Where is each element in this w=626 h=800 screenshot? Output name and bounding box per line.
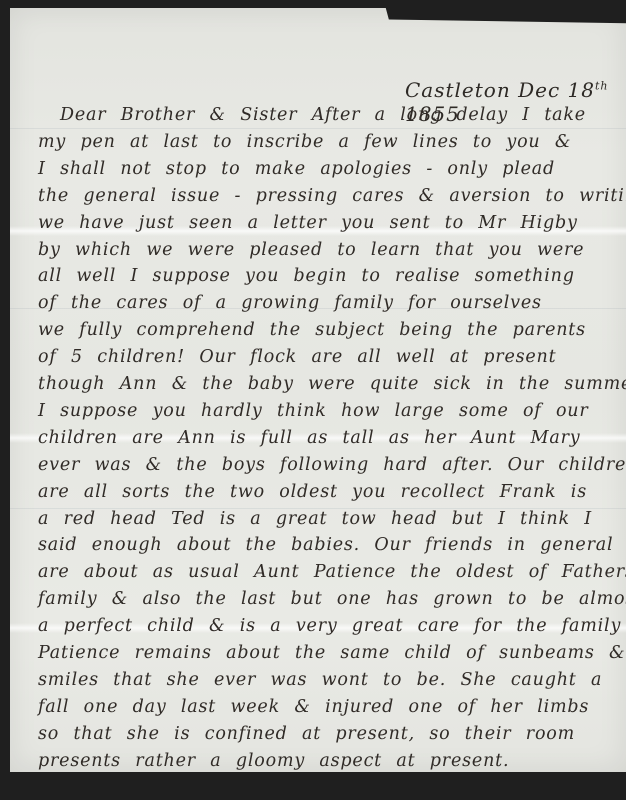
letter-line: my pen at last to inscribe a few lines t… — [38, 132, 618, 152]
day-suffix: th — [595, 79, 609, 92]
letter-line: though Ann & the baby were quite sick in… — [38, 374, 618, 394]
letter-line: Patience remains about the same child of… — [38, 643, 618, 663]
paper-rule — [10, 128, 626, 129]
letter-line: we fully comprehend the subject being th… — [38, 320, 618, 340]
letter-line: a perfect child & is a very great care f… — [38, 616, 618, 636]
letter-page: Castleton Dec 18th 1855 Dear Brother & S… — [10, 8, 626, 772]
letter-line: children are Ann is full as tall as her … — [38, 428, 618, 448]
letter-line: family & also the last but one has grown… — [38, 589, 618, 609]
letter-line: Dear Brother & Sister After a long delay… — [60, 105, 618, 125]
letter-line: a red head Ted is a great tow head but I… — [38, 509, 618, 529]
letter-line: are about as usual Aunt Patience the old… — [38, 562, 618, 582]
letter-line: ever was & the boys following hard after… — [38, 455, 618, 475]
month: Dec — [518, 78, 560, 102]
day: 18 — [568, 78, 595, 102]
letter-line: I shall not stop to make apologies - onl… — [38, 159, 618, 179]
letter-line: the general issue - pressing cares & ave… — [38, 186, 618, 206]
letter-line: so that she is confined at present, so t… — [38, 724, 618, 744]
letter-line: said enough about the babies. Our friend… — [38, 535, 618, 555]
letter-line: are all sorts the two oldest you recolle… — [38, 482, 618, 502]
letter-line: I suppose you hardly think how large som… — [38, 401, 618, 421]
letter-line: of the cares of a growing family for our… — [38, 293, 618, 313]
letter-line: smiles that she ever was wont to be. She… — [38, 670, 618, 690]
letter-line: by which we were pleased to learn that y… — [38, 240, 618, 260]
letter-line: we have just seen a letter you sent to M… — [38, 213, 618, 233]
letter-line: of 5 children! Our flock are all well at… — [38, 347, 618, 367]
letter-line: all well I suppose you begin to realise … — [38, 266, 618, 286]
letter-line: fall one day last week & injured one of … — [38, 697, 618, 717]
place: Castleton — [405, 78, 511, 102]
letter-line: presents rather a gloomy aspect at prese… — [38, 751, 618, 771]
